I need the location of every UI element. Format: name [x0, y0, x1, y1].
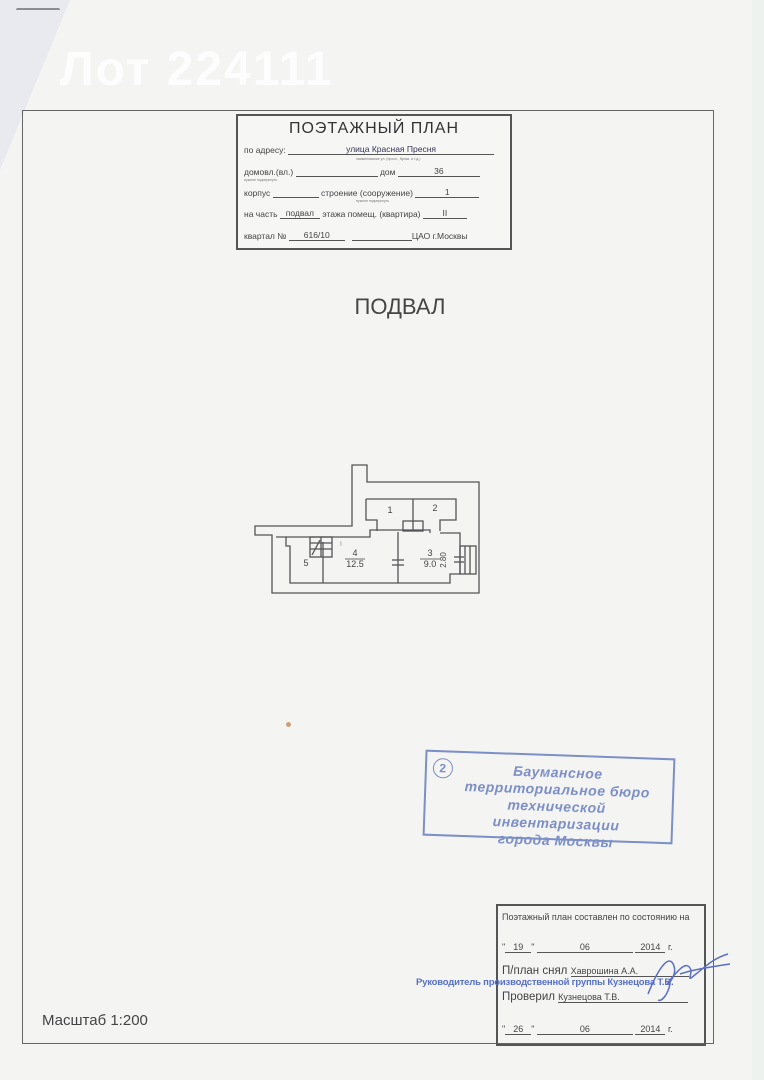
- stroenie-label: строение (сооружение): [321, 188, 413, 198]
- check-day: 26: [505, 1024, 531, 1035]
- check-year: 2014: [635, 1024, 665, 1035]
- building-row: корпус строение (сооружение) 1: [244, 187, 504, 198]
- floor-plan-drawing: 1 2 3 9.0 4 12.5 5 I 2.80: [250, 462, 490, 602]
- signature-scribble: [640, 944, 740, 1004]
- check-date-row: "26" 06 2014 г.: [502, 1024, 700, 1035]
- state-label: Поэтажный план составлен по состоянию на: [502, 912, 700, 922]
- room-1-number: 1: [387, 505, 392, 515]
- document-title: ПОЭТАЖНЫЙ ПЛАН: [238, 120, 510, 138]
- lot-watermark: Лот 224111: [60, 42, 334, 97]
- district-value: ЦАО г.Москвы: [412, 231, 468, 241]
- room-5-number: 5: [303, 558, 308, 568]
- floor-title-text: ПОДВАЛ: [355, 294, 446, 319]
- dom-value: 36: [398, 166, 480, 177]
- domovl-caption: нужное подчеркнуть: [244, 178, 277, 182]
- kvartal-label: квартал №: [244, 231, 286, 241]
- year-suffix: г.: [668, 1024, 673, 1034]
- room-4-number: 4: [352, 548, 357, 558]
- korpus-label: корпус: [244, 188, 270, 198]
- staple-mark: [16, 8, 60, 14]
- part-room-value: II: [423, 208, 467, 219]
- room-4-area: 12.5: [346, 559, 364, 569]
- part-mid-label: этажа помещ. (квартира): [322, 209, 420, 219]
- scan-edge-strip: [752, 0, 764, 1080]
- check-month: 06: [537, 1024, 633, 1035]
- house-row: домовл.(вл.) дом 36: [244, 166, 504, 177]
- stamp-text: Баумансное территориальное бюро техничес…: [444, 760, 669, 853]
- korpus-value: [273, 197, 319, 198]
- address-row: по адресу: улица Красная Пресня: [244, 144, 504, 155]
- address-caption: наименование ул. (просп., бульв. и т.д.): [356, 157, 420, 161]
- floor-plan: 1 2 3 9.0 4 12.5 5 I 2.80: [250, 462, 490, 607]
- drawn-label: П/план снял: [502, 965, 567, 977]
- room-3-number: 3: [427, 548, 432, 558]
- floor-title: ПОДВАЛ: [0, 294, 764, 320]
- part-row: на часть подвал этажа помещ. (квартира) …: [244, 208, 504, 219]
- part-value: подвал: [280, 208, 320, 219]
- state-day: 19: [505, 942, 531, 953]
- part-label: на часть: [244, 209, 278, 219]
- dom-label: дом: [380, 167, 396, 177]
- address-value: улица Красная Пресня: [288, 144, 494, 155]
- domovl-value: [296, 176, 378, 177]
- address-label: по адресу:: [244, 145, 286, 155]
- room-2-number: 2: [432, 503, 437, 513]
- kvartal-value: 616/10: [289, 230, 345, 241]
- bti-stamp: 2 Баумансное территориальное бюро технич…: [423, 750, 676, 845]
- signature: [640, 944, 740, 1009]
- kvartal-blank: [352, 240, 412, 241]
- ceiling-height: 2.80: [439, 552, 448, 568]
- checked-label: Проверил: [502, 991, 555, 1003]
- room-3-area: 9.0: [424, 559, 437, 569]
- paper-spot: [286, 722, 291, 727]
- stair-mark: I: [340, 541, 342, 548]
- state-month: 06: [537, 942, 633, 953]
- domovl-label: домовл.(вл.): [244, 167, 293, 177]
- supervisor-stamp-line: Руководитель производственной группы Куз…: [416, 977, 673, 988]
- stroenie-caption: нужное подчеркнуть: [356, 199, 389, 203]
- scale-label: Масштаб 1:200: [42, 1012, 148, 1029]
- kvartal-row: квартал № 616/10 ЦАО г.Москвы: [244, 230, 504, 241]
- stroenie-value: 1: [415, 187, 479, 198]
- title-block: ПОЭТАЖНЫЙ ПЛАН по адресу: улица Красная …: [236, 114, 512, 250]
